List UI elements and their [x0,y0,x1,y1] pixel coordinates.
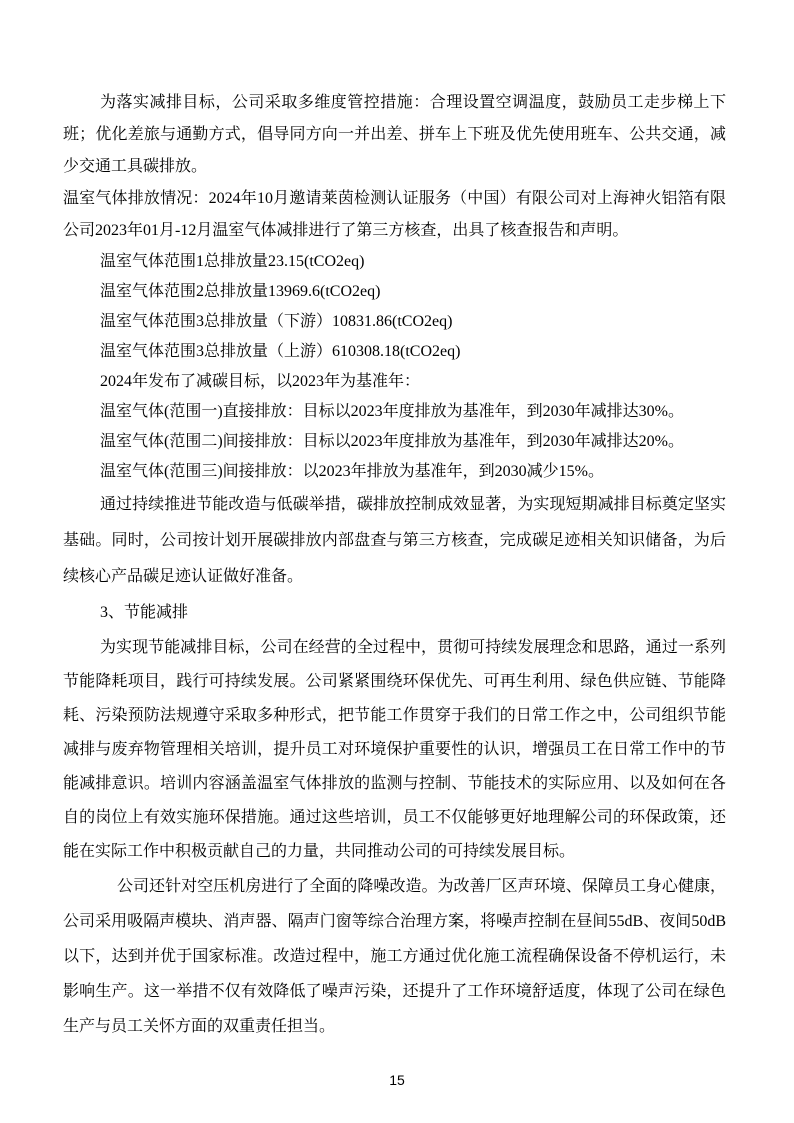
carbon-target-baseline-line: 2024年发布了减碳目标，以2023年为基准年： [63,367,726,397]
ghg-scope3-upstream-line: 温室气体范围3总排放量（上游）610308.18(tCO2eq) [63,337,726,367]
report-page: 为落实减排目标，公司采取多维度管控措施：合理设置空调温度，鼓励员工走步梯上下班；… [0,0,794,1123]
paragraph-energy-saving-training: 为实现节能减排目标，公司在经营的全过程中，贯彻可持续发展理念和思路，通过一系列节… [63,631,726,869]
page-body: 为落实减排目标，公司采取多维度管控措施：合理设置空调温度，鼓励员工走步梯上下班；… [63,87,726,1044]
paragraph-ghg-verification: 温室气体排放情况：2024年10月邀请莱茵检测认证服务（中国）有限公司对上海神火… [63,183,726,247]
ghg-scope3-downstream-line: 温室气体范围3总排放量（下游）10831.86(tCO2eq) [63,307,726,337]
carbon-target-scope1-line: 温室气体(范围一)直接排放：目标以2023年度排放为基准年，到2030年减排达3… [63,397,726,427]
carbon-target-scope2-line: 温室气体(范围二)间接排放：目标以2023年度排放为基准年，到2030年减排达2… [63,427,726,457]
section-heading-energy-saving: 3、节能减排 [63,595,726,631]
ghg-scope2-total-line: 温室气体范围2总排放量13969.6(tCO2eq) [63,277,726,307]
carbon-target-scope3-line: 温室气体(范围三)间接排放：以2023年排放为基准年，到2030减少15%。 [63,457,726,487]
paragraph-noise-reduction: 公司还针对空压机房进行了全面的降噪改造。为改善厂区声环境、保障员工身心健康，公司… [63,869,726,1044]
ghg-scope1-total-line: 温室气体范围1总排放量23.15(tCO2eq) [63,247,726,277]
paragraph-carbon-progress: 通过持续推进节能改造与低碳举措，碳排放控制成效显著，为实现短期减排目标奠定坚实基… [63,487,726,595]
page-number: 15 [0,1072,794,1088]
paragraph-emission-controls: 为落实减排目标，公司采取多维度管控措施：合理设置空调温度，鼓励员工走步梯上下班；… [63,87,726,183]
